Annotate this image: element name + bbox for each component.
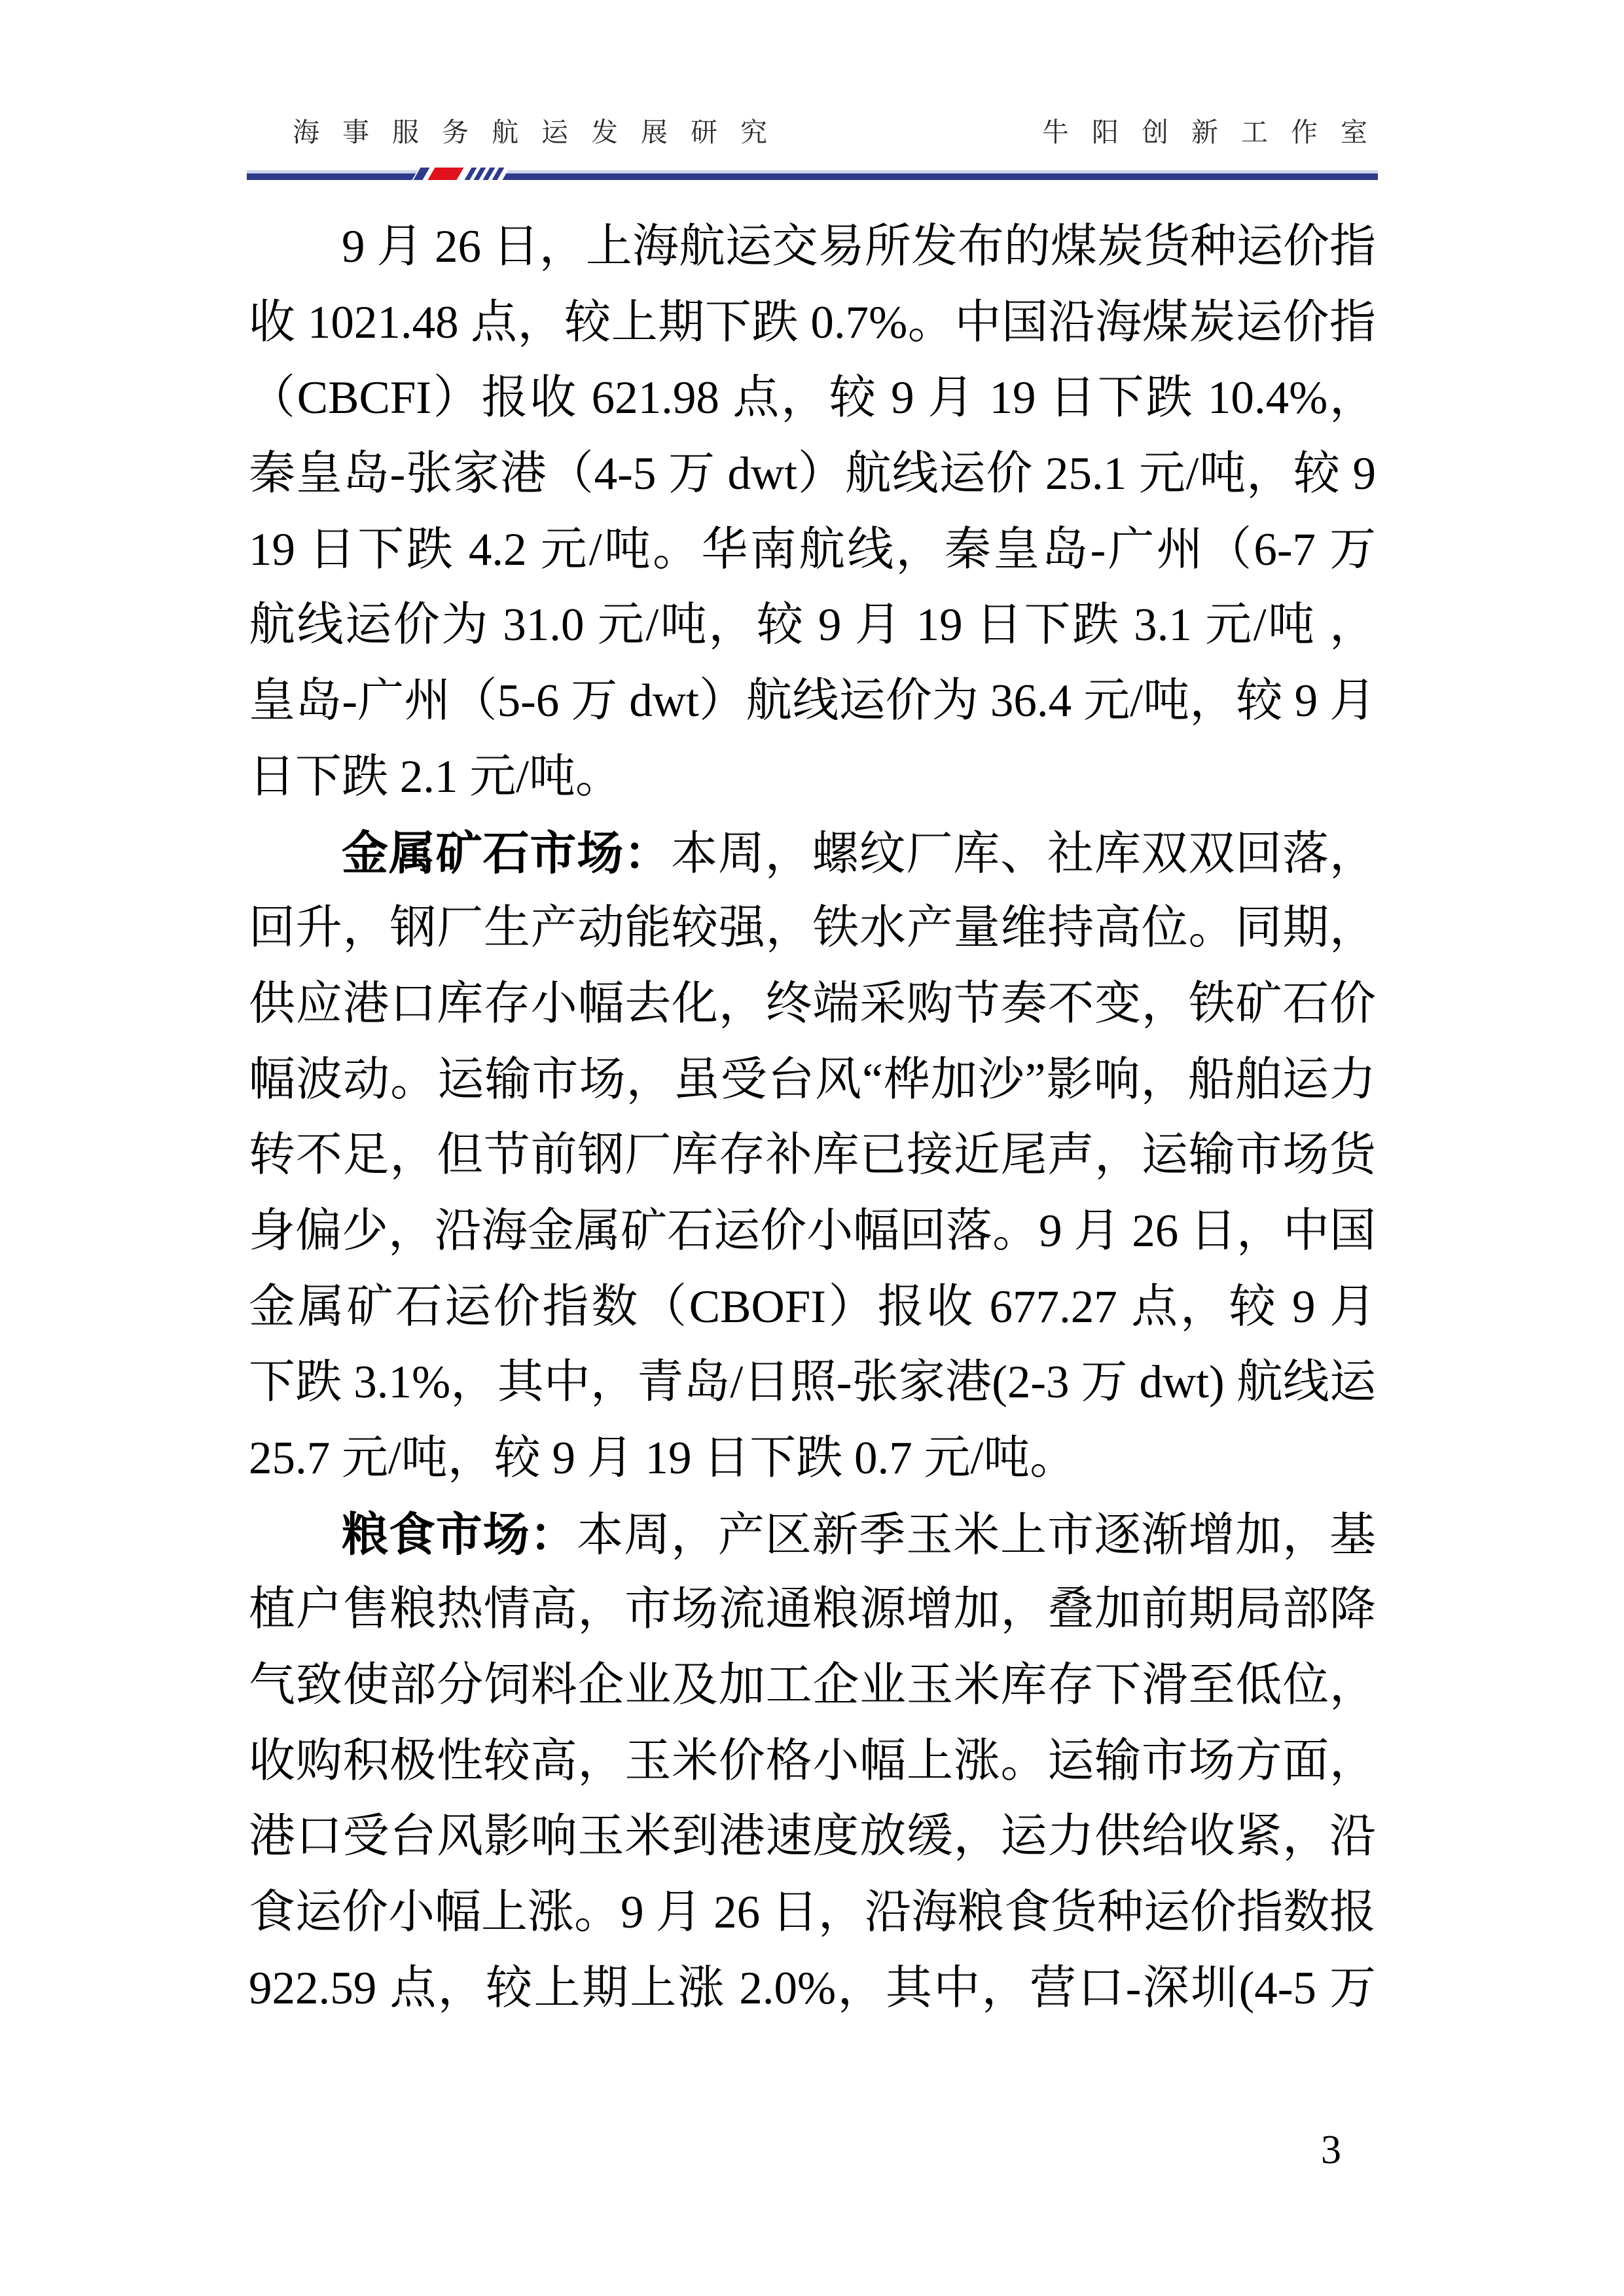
body-line: 日下跌 2.1 元/吨。 <box>249 740 1376 816</box>
body-line: 航线运价为 31.0 元/吨，较 9 月 19 日下跌 3.1 元/吨 ，秦 <box>249 588 1376 664</box>
body-line: 幅波动。运输市场，虽受台风“桦加沙”影响，船舶运力周 <box>249 1043 1376 1119</box>
body-line: 皇岛-广州（5-6 万 dwt）航线运价为 36.4 元/吨，较 9 月 19 <box>249 664 1376 740</box>
paragraph-lead: 金属矿石市场： <box>342 826 671 880</box>
body-line: 收 1021.48 点，较上期下跌 0.7%。中国沿海煤炭运价指数 <box>249 285 1376 361</box>
body-line: 922.59 点，较上期上涨 2.0%，其中，营口-深圳(4-5 万 dwt) <box>249 1951 1376 2027</box>
body-line: 收购积极性较高，玉米价格小幅上涨。运输市场方面，南方 <box>249 1724 1376 1800</box>
header-right-title: 牛阳创新工作室 <box>1042 117 1390 148</box>
paragraph-grain-market: 粮食市场：本周，产区新季玉米上市逐渐增加，基层种 植户售粮热情高，市场流通粮源增… <box>249 1497 1376 2027</box>
navy-chip-icon <box>414 168 430 180</box>
body-text: 9 月 26 日，上海航运交易所发布的煤炭货种运价指数报 收 1021.48 点… <box>249 209 1376 2027</box>
body-line: 粮食市场：本周，产区新季玉米上市逐渐增加，基层种 <box>249 1497 1376 1573</box>
paragraph-lead: 粮食市场： <box>342 1507 577 1562</box>
body-line: （CBCFI）报收 621.98 点，较 9 月 19 日下跌 10.4%，其中… <box>249 361 1376 437</box>
body-line: 气致使部分饲料企业及加工企业玉米库存下滑至低位，企业 <box>249 1648 1376 1724</box>
body-line: 食运价小幅上涨。9 月 26 日，沿海粮食货种运价指数报 <box>249 1875 1376 1951</box>
page-number: 3 <box>1321 2126 1341 2174</box>
body-line: 植户售粮热情高，市场流通粮源增加，叠加前期局部降雨天 <box>249 1572 1376 1648</box>
body-line: 港口受台风影响玉米到港速度放缓，运力供给收紧，沿海粮 <box>249 1799 1376 1875</box>
body-line: 供应港口库存小幅去化，终端采购节奏不变，铁矿石价格小 <box>249 967 1376 1043</box>
body-line: 下跌 3.1%，其中，青岛/日照-张家港(2-3 万 dwt) 航线运价 <box>249 1345 1376 1421</box>
body-line: 9 月 26 日，上海航运交易所发布的煤炭货种运价指数报 <box>249 209 1376 285</box>
header-left-title: 海事服务航运发展研究 <box>293 117 790 148</box>
divider-decoration <box>412 168 510 180</box>
red-accent-icon <box>428 168 464 180</box>
body-line: 秦皇岛-张家港（4-5 万 dwt）航线运价 25.1 元/吨，较 9 月 <box>249 437 1376 512</box>
body-line: 转不足，但节前钢厂库存补库已接近尾声，运输市场货盘本 <box>249 1118 1376 1194</box>
body-line: 身偏少，沿海金属矿石运价小幅回落。9 月 26 日，中国沿海 <box>249 1194 1376 1270</box>
body-line: 回升，钢厂生产动能较强，铁水产量维持高位。同期，铁矿 <box>249 891 1376 967</box>
body-line: 25.7 元/吨，较 9 月 19 日下跌 0.7 元/吨。 <box>249 1421 1376 1497</box>
paragraph-metal-ore-market: 金属矿石市场：本周，螺纹厂库、社库双双回落，表需 回升，钢厂生产动能较强，铁水产… <box>249 816 1376 1497</box>
document-page: 海事服务航运发展研究 牛阳创新工作室 9 月 26 日，上海航运交易所发布的煤炭… <box>0 0 1624 2296</box>
paragraph-coal-market: 9 月 26 日，上海航运交易所发布的煤炭货种运价指数报 收 1021.48 点… <box>249 209 1376 816</box>
header-divider-rule <box>247 170 1378 180</box>
body-line: 金属矿石运价指数（CBOFI）报收 677.27 点，较 9 月 19 日 <box>249 1270 1376 1346</box>
body-line: 19 日下跌 4.2 元/吨。华南航线，秦皇岛-广州（6-7 万 dwt） <box>249 512 1376 588</box>
body-line: 金属矿石市场：本周，螺纹厂库、社库双双回落，表需 <box>249 816 1376 891</box>
